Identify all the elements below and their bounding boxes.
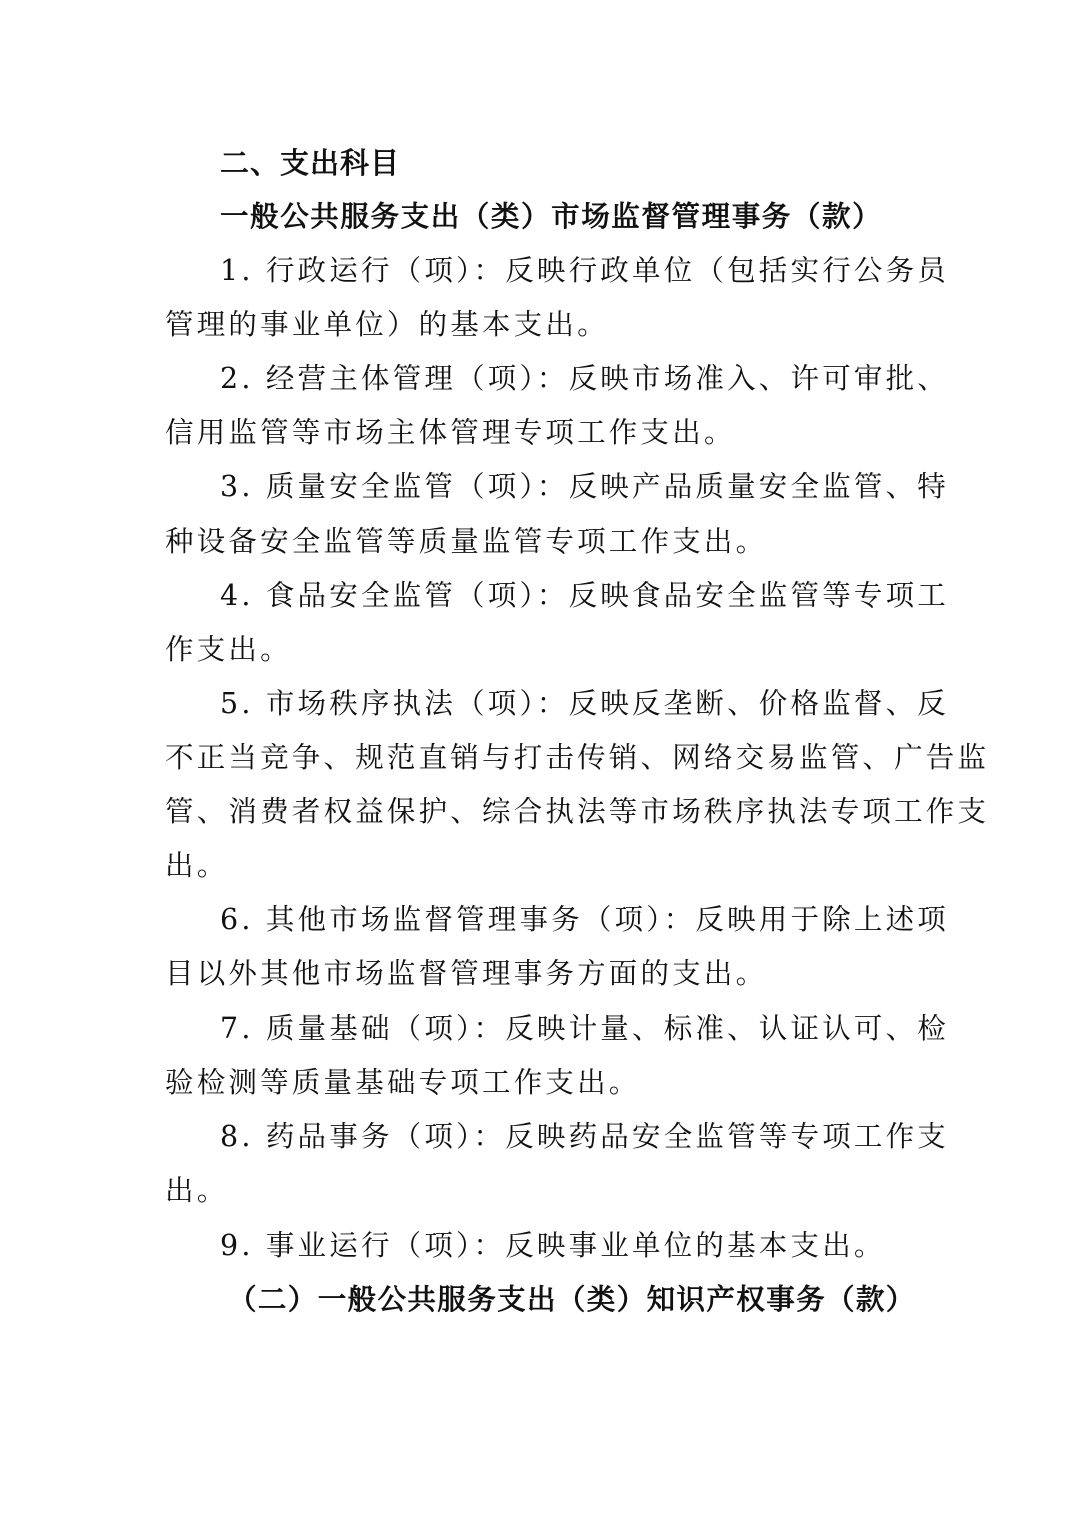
subsection-title: 一般公共服务支出（类）市场监督管理事务（款） (220, 197, 915, 237)
item-6-line-2: 目以外其他市场监督管理事务方面的支出。 (165, 954, 915, 994)
item-9-line-1: 9. 事业运行（项）：反映事业单位的基本支出。 (220, 1226, 915, 1266)
item-5-line-1: 5. 市场秩序执法（项）：反映反垄断、价格监督、反 (220, 684, 915, 724)
item-3-line-2: 种设备安全监管等质量监管专项工作支出。 (165, 522, 915, 562)
item-8-line-1: 8. 药品事务（项）：反映药品安全监管等专项工作支 (220, 1117, 915, 1157)
item-5-line-2: 不正当竞争、规范直销与打击传销、网络交易监管、广告监 (165, 738, 915, 778)
item-6-line-1: 6. 其他市场监督管理事务（项）：反映用于除上述项 (220, 900, 915, 940)
item-5-line-3: 管、消费者权益保护、综合执法等市场秩序执法专项工作支 (165, 792, 915, 832)
item-7-line-1: 7. 质量基础（项）：反映计量、标准、认证认可、检 (220, 1009, 915, 1049)
next-subsection-title: （二）一般公共服务支出（类）知识产权事务（款） (228, 1280, 978, 1320)
item-2-line-1: 2. 经营主体管理（项）：反映市场准入、许可审批、 (220, 359, 915, 399)
item-1-line-2: 管理的事业单位）的基本支出。 (165, 305, 915, 345)
item-1-line-1: 1. 行政运行（项）：反映行政单位（包括实行公务员 (220, 251, 915, 291)
item-4-line-2: 作支出。 (165, 630, 915, 670)
item-2-line-2: 信用监管等市场主体管理专项工作支出。 (165, 413, 915, 453)
section-title: 二、支出科目 (220, 143, 915, 183)
document-page: 二、支出科目 一般公共服务支出（类）市场监督管理事务（款） 1. 行政运行（项）… (0, 0, 1074, 1520)
item-5-line-4: 出。 (165, 846, 915, 886)
item-8-line-2: 出。 (165, 1171, 915, 1211)
item-4-line-1: 4. 食品安全监管（项）：反映食品安全监管等专项工 (220, 576, 915, 616)
item-7-line-2: 验检测等质量基础专项工作支出。 (165, 1063, 915, 1103)
item-3-line-1: 3. 质量安全监管（项）：反映产品质量安全监管、特 (220, 467, 915, 507)
